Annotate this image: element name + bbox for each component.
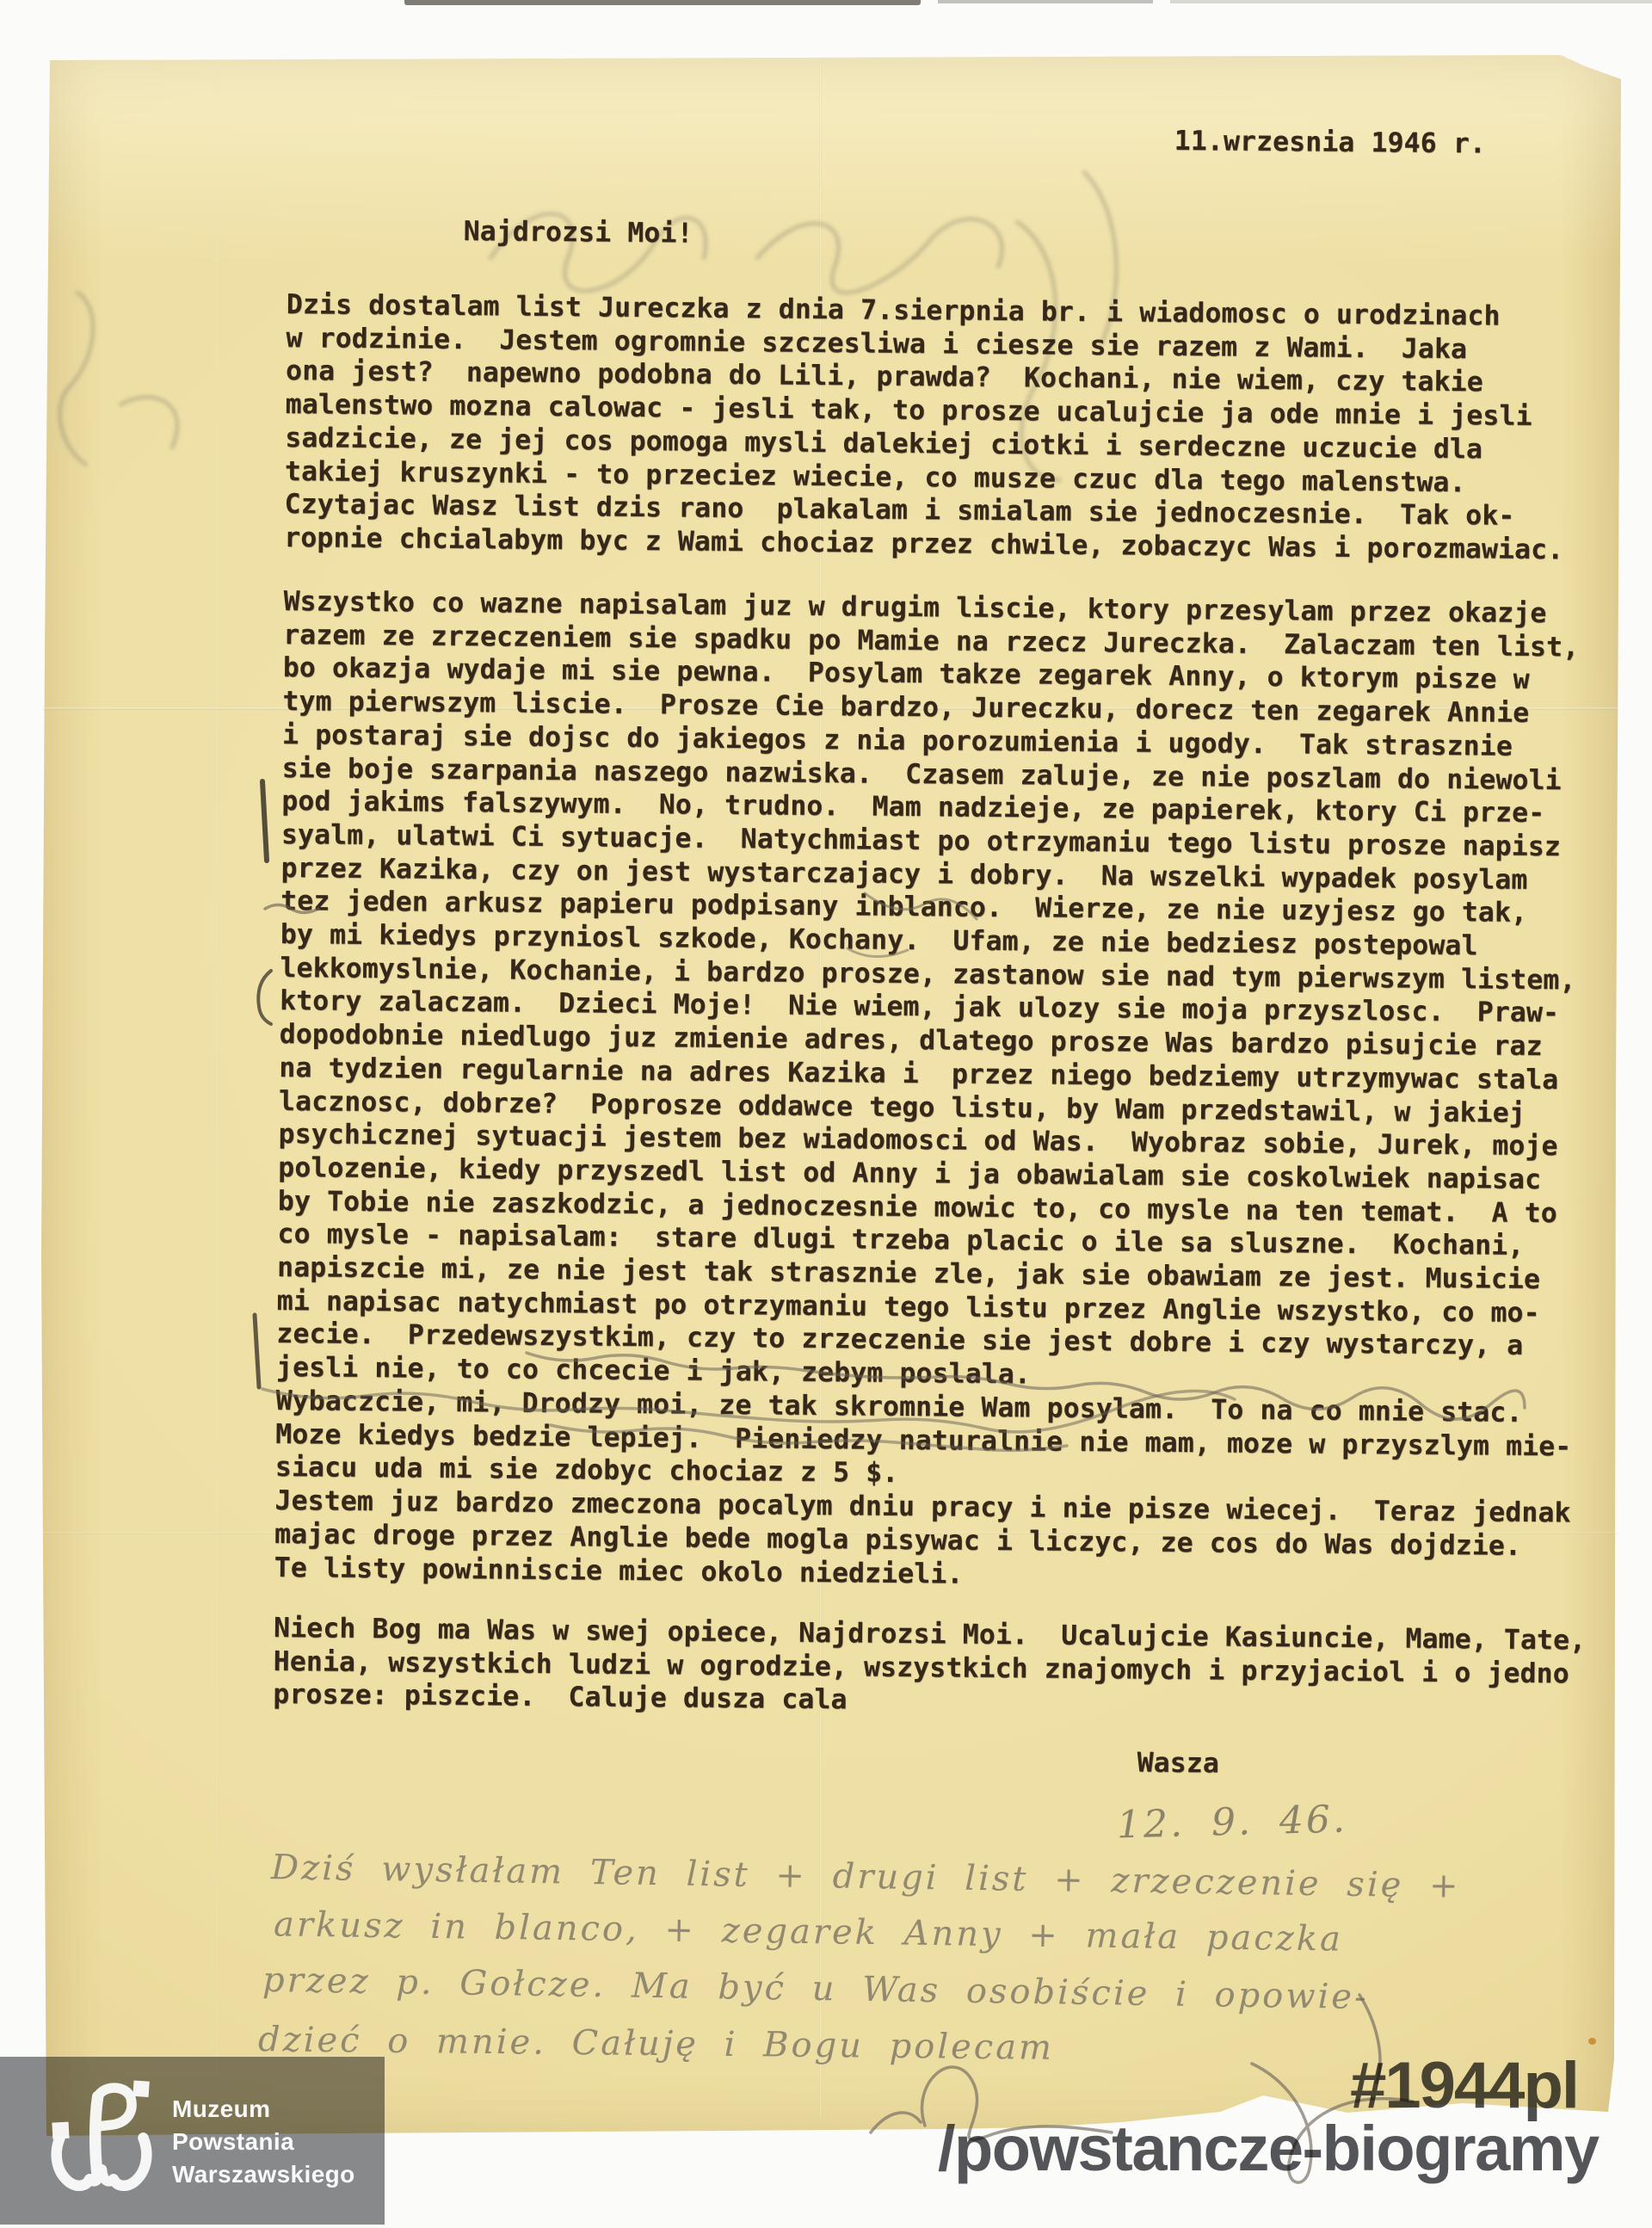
letter-date: 11.wrzesnia 1946 r. xyxy=(1174,125,1487,161)
letter-salutation: Najdrozsi Moi! xyxy=(464,215,693,250)
museum-name-line-1: Muzeum xyxy=(172,2097,270,2121)
letter-signoff: Wasza xyxy=(1137,1747,1219,1781)
scanned-letter-page: { "letter": { "date": "11.wrzesnia 1946 … xyxy=(0,0,1652,2228)
scanner-edge-artifact xyxy=(1170,0,1652,3)
letter-paragraph-1: Dzis dostalam list Jureczka z dnia 7.sie… xyxy=(284,288,1566,567)
museum-name-line-2: Powstania xyxy=(172,2130,294,2154)
watermark-path: /powstancze-biogramy xyxy=(938,2117,1599,2181)
museum-name-line-3: Warszawskiego xyxy=(172,2163,355,2187)
handwritten-date: 12. 9. 46. xyxy=(1116,1798,1347,1848)
letter-paragraph-2: Wszystko co wazne napisalam juz w drugim… xyxy=(276,585,1580,1397)
typed-letter: 11.wrzesnia 1946 r. Najdrozsi Moi! Dzis … xyxy=(271,114,1652,1934)
scanner-edge-artifact xyxy=(404,0,921,5)
kotwica-pw-icon xyxy=(50,2077,153,2191)
letter-paragraph-4: Niech Bog ma Was w swej opiece, Najdrozs… xyxy=(273,1612,1586,1725)
museum-watermark-badge: Muzeum Powstania Warszawskiego xyxy=(0,2057,385,2225)
letter-paragraph-3: Wybaczcie, mi, Drodzy moi, ze tak skromn… xyxy=(274,1385,1572,1597)
watermark-hashtag: #1944pl xyxy=(1144,2053,1578,2119)
scanner-edge-artifact xyxy=(938,0,1153,3)
